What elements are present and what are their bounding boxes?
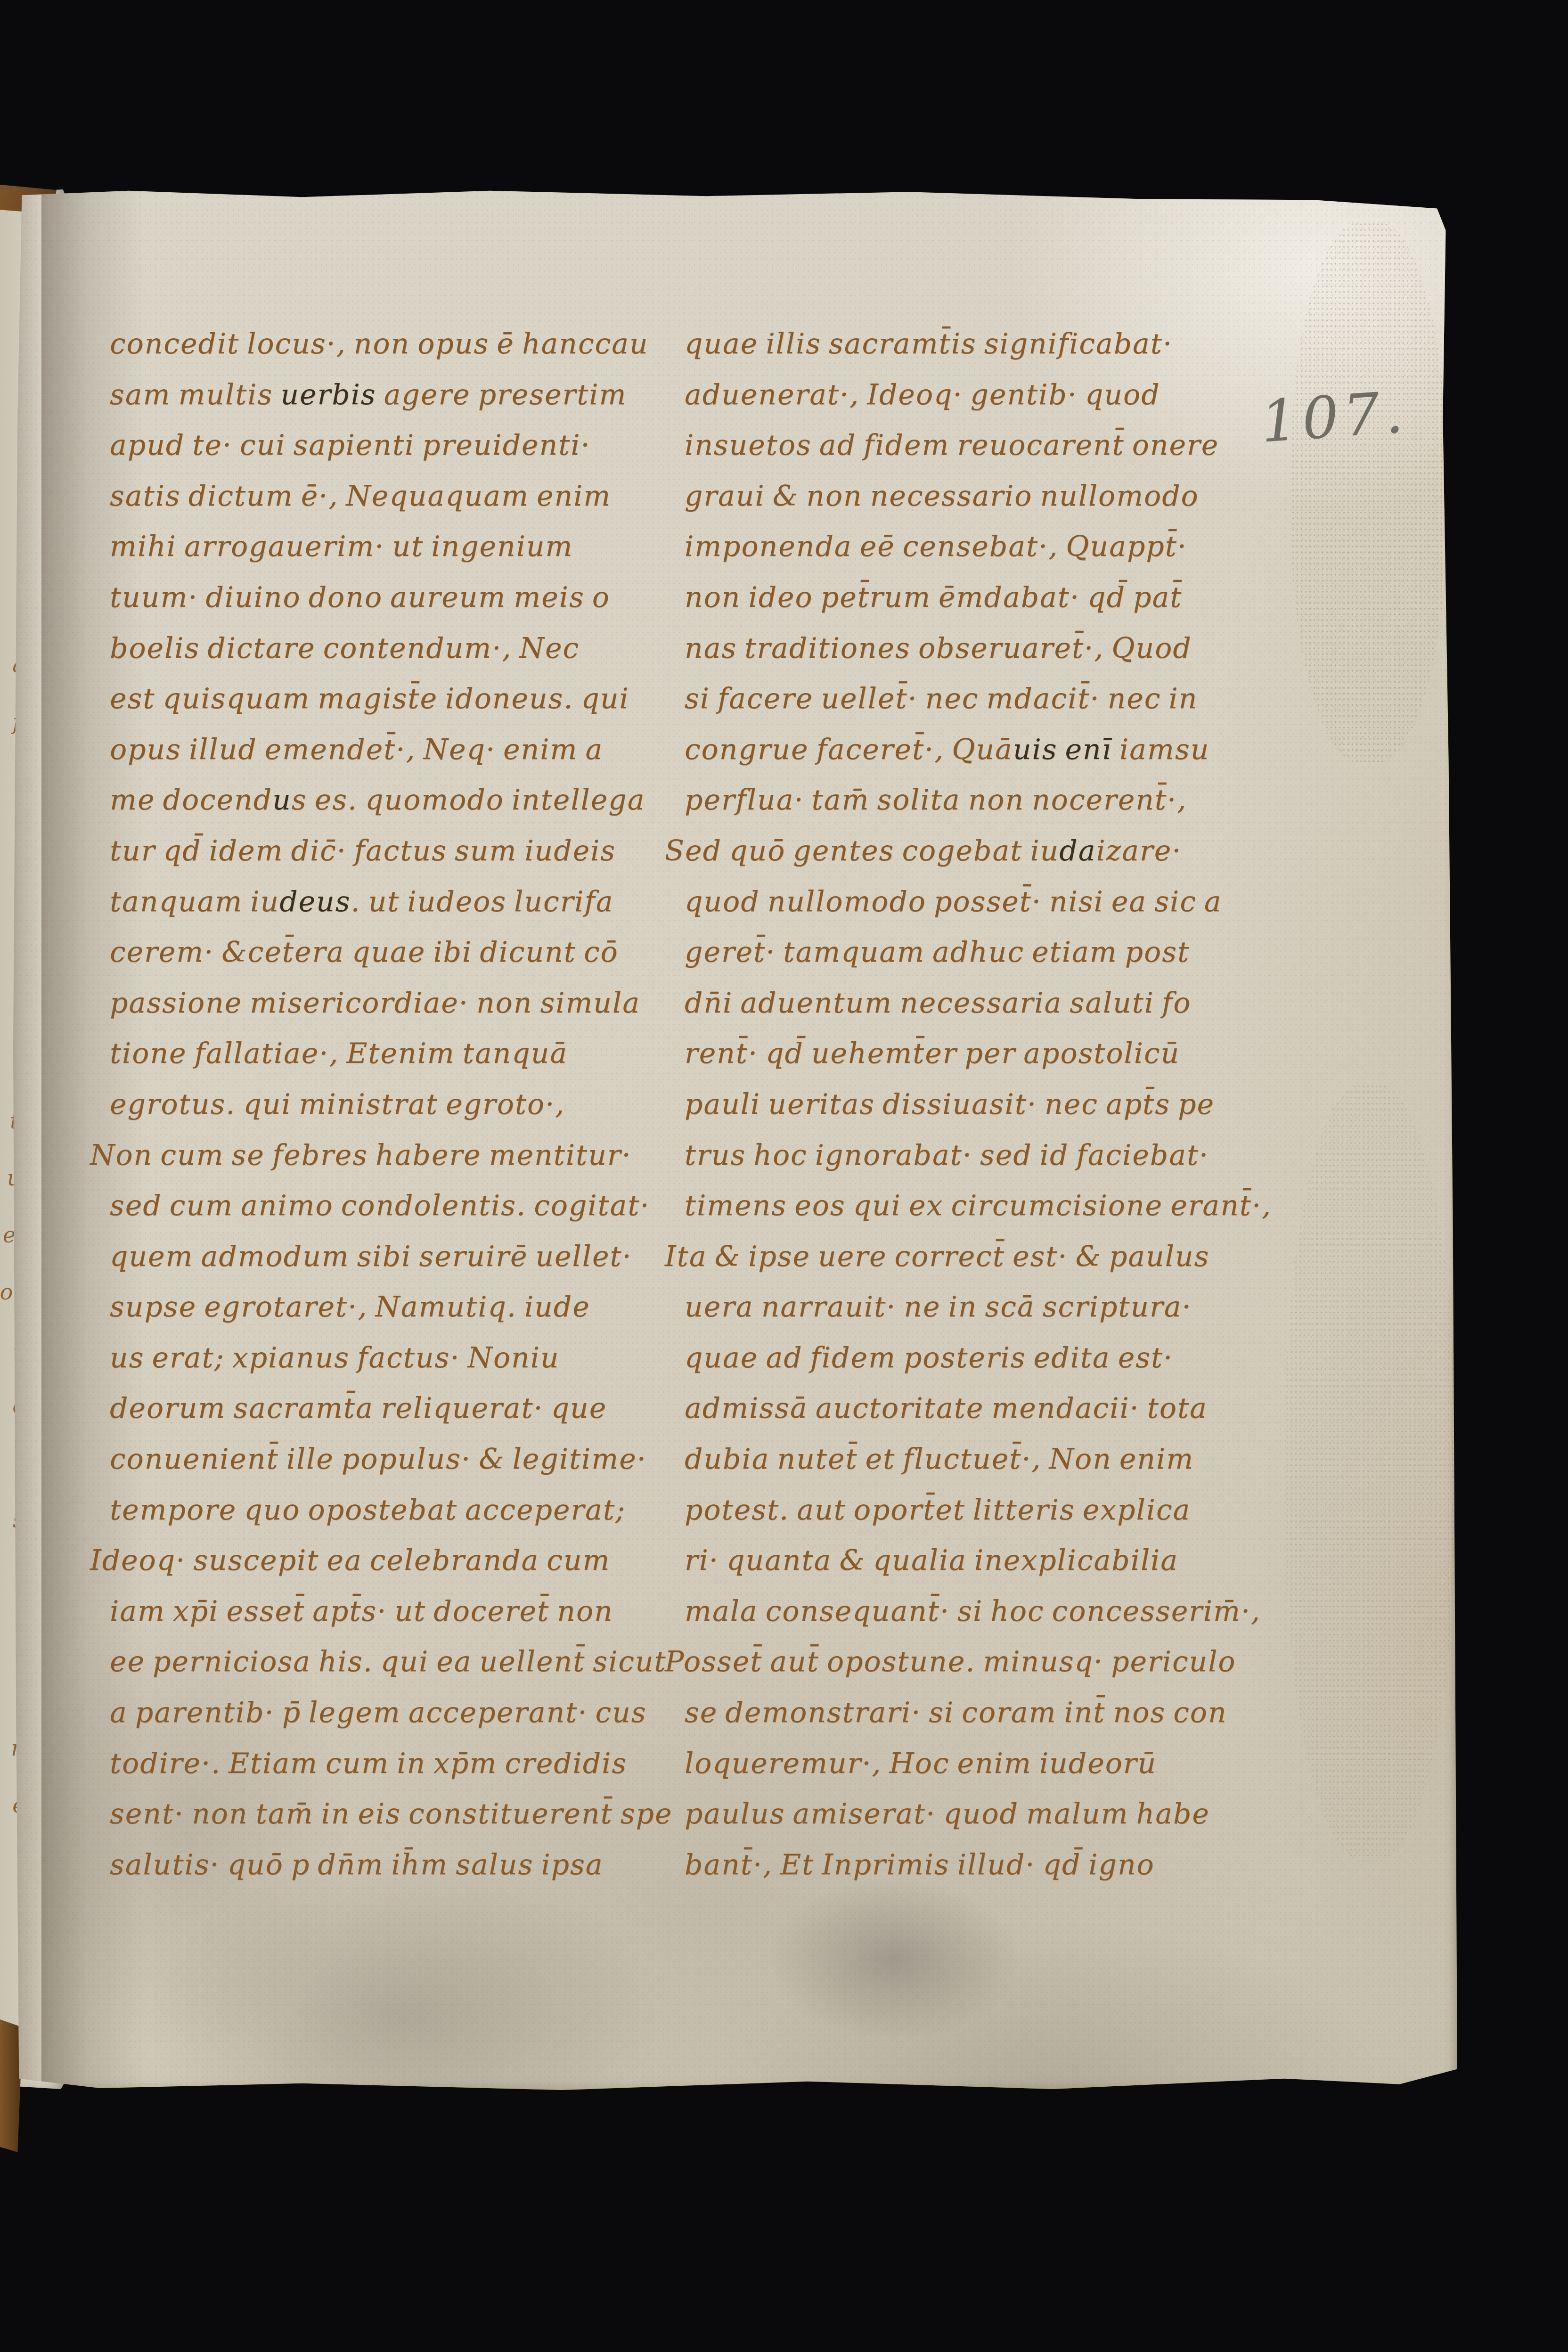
text-segment: opus illud emendet̄·, Neq· enim a	[110, 733, 603, 766]
text-segment: ri· quanta & qualia inexplicabilia	[685, 1544, 1178, 1577]
text-line: quae illis sacramt̄is significabat·	[685, 327, 1354, 378]
text-line: conuenient̄ ille populus· & legitime·	[110, 1443, 689, 1494]
text-segment: iamsu	[1112, 733, 1209, 766]
text-segment: sed cum animo condolentis. cogitat·	[110, 1189, 650, 1222]
text-line: opus illud emendet̄·, Neq· enim a	[110, 733, 689, 784]
manuscript-page: 107. concedit locus·, non opus ē hanccau…	[13, 188, 1457, 2092]
text-segment: si facere uellet̄· nec mdacit̄· nec in	[685, 682, 1198, 715]
text-line: uera narrauit· ne in scā scriptura·	[685, 1290, 1354, 1341]
text-segment: dubia nutet̄ et fluctuet̄·, Non enim	[685, 1443, 1194, 1476]
text-line: aduenerat·, Ideoq· gentib· quod	[685, 378, 1354, 429]
text-line: ee perniciosa his. qui ea uellent̄ sicut	[110, 1645, 689, 1696]
text-segment: insuetos ad fidem reuocarent̄ onere	[685, 429, 1219, 462]
text-segment: pauli ueritas dissiuasit· nec apt̄s pe	[685, 1088, 1215, 1121]
text-segment: congrue faceret̄·, Quā	[685, 733, 1013, 766]
text-line: insuetos ad fidem reuocarent̄ onere	[685, 429, 1354, 480]
text-line: me docendus es. quomodo intellega	[110, 784, 689, 834]
text-segment: cerem· &cet̄era quae ibi dicunt cō	[110, 936, 619, 969]
text-line: bant̄·, Et Inprimis illud· qd̄ igno	[685, 1848, 1354, 1899]
text-segment: ee perniciosa his. qui ea uellent̄ sicut	[110, 1645, 667, 1678]
text-line: cerem· &cet̄era quae ibi dicunt cō	[110, 936, 689, 987]
text-line: tur qd̄ idem dic̄· factus sum iudeis	[110, 834, 689, 885]
text-line: timens eos qui ex circumcisione erant̄·,	[685, 1189, 1354, 1240]
text-line: si facere uellet̄· nec mdacit̄· nec in	[685, 682, 1354, 733]
text-segment: loqueremur·, Hoc enim iudeorū	[685, 1747, 1157, 1780]
text-line: Non cum se febres habere mentitur·	[110, 1139, 689, 1190]
text-column-left: concedit locus·, non opus ē hanccausam m…	[110, 327, 689, 1899]
text-line: supse egrotaret·, Namutiq. iude	[110, 1290, 689, 1341]
text-segment: apud te· cui sapienti preuidenti·	[110, 429, 591, 462]
text-segment: aduenerat·, Ideoq· gentib· quod	[685, 378, 1160, 411]
text-segment: izare·	[1096, 834, 1182, 867]
text-line: boelis dictare contendum·, Nec	[110, 632, 689, 683]
text-segment: supse egrotaret·, Namutiq. iude	[110, 1290, 590, 1323]
text-line: est quisquam magist̄e idoneus. qui	[110, 682, 689, 733]
text-segment: quae ad fidem posteris edita est·	[685, 1341, 1173, 1374]
text-line: quod nullomodo posset̄· nisi ea sic a	[685, 885, 1354, 936]
text-line: iam xp̄i esset̄ apt̄s· ut doceret̄ non	[110, 1595, 689, 1646]
text-line: dubia nutet̄ et fluctuet̄·, Non enim	[685, 1443, 1354, 1494]
text-line: perflua· tam̄ solita non nocerent̄·,	[685, 784, 1354, 834]
text-line: Ideoq· suscepit ea celebranda cum	[110, 1544, 689, 1595]
text-segment: quod nullomodo posset̄· nisi ea sic a	[685, 885, 1222, 918]
text-line: congrue faceret̄·, Quāuis enī iamsu	[685, 733, 1354, 784]
text-segment: se demonstrari· si coram int̄ nos con	[685, 1696, 1227, 1729]
text-segment: s es. quomodo intellega	[292, 784, 645, 817]
text-line: ri· quanta & qualia inexplicabilia	[685, 1544, 1354, 1595]
text-segment: boelis dictare contendum·, Nec	[110, 632, 580, 665]
text-segment: me docend	[110, 784, 272, 817]
text-segment: Posset̄ aut̄ opostune. minusq· periculo	[665, 1645, 1236, 1678]
text-line: rent̄· qd̄ uehemt̄er per apostolicū	[685, 1037, 1354, 1088]
text-line: sed cum animo condolentis. cogitat·	[110, 1189, 689, 1240]
text-segment: sent· non tam̄ in eis constituerent̄ spe	[110, 1797, 672, 1830]
dark-ink-segment: deus	[279, 885, 351, 918]
text-line: quae ad fidem posteris edita est·	[685, 1341, 1354, 1392]
text-line: dn̄i aduentum necessaria saluti fo	[685, 987, 1354, 1037]
text-segment: uera narrauit· ne in scā scriptura·	[685, 1290, 1192, 1323]
text-segment: deorum sacramt̄a reliquerat· que	[110, 1392, 607, 1425]
text-segment: passione misericordiae· non simula	[110, 987, 640, 1020]
text-line: tempore quo opostebat acceperat;	[110, 1494, 689, 1544]
text-segment: sam multis	[110, 378, 280, 411]
dark-ink-segment: uerbis	[280, 378, 376, 411]
text-segment: iam xp̄i esset̄ apt̄s· ut doceret̄ non	[110, 1595, 613, 1628]
text-segment: concedit locus·, non opus ē hanccau	[110, 327, 649, 360]
text-segment: graui & non necessario nullomodo	[685, 480, 1199, 513]
text-segment: geret̄· tamquam adhuc etiam post	[685, 936, 1190, 969]
text-line: pauli ueritas dissiuasit· nec apt̄s pe	[685, 1088, 1354, 1139]
text-segment: dn̄i aduentum necessaria saluti fo	[685, 987, 1191, 1020]
text-line: mala consequant̄· si hoc concesserim̄·,	[685, 1595, 1354, 1646]
text-line: egrotus. qui ministrat egroto·,	[110, 1088, 689, 1139]
text-segment: rent̄· qd̄ uehemt̄er per apostolicū	[685, 1037, 1180, 1070]
text-line: sam multis uerbis agere presertim	[110, 378, 689, 429]
text-segment: nas traditiones obseruaret̄·, Quod	[685, 632, 1192, 665]
text-segment: us erat; xpianus factus· Noniu	[110, 1341, 560, 1374]
text-segment: potest. aut oport̄et litteris explica	[685, 1494, 1191, 1527]
text-segment: egrotus. qui ministrat egroto·,	[110, 1088, 565, 1121]
text-line: satis dictum ē·, Nequaquam enim	[110, 480, 689, 531]
text-segment: perflua· tam̄ solita non nocerent̄·,	[685, 784, 1187, 817]
text-line: Sed quō gentes cogebat iudaizare·	[685, 834, 1354, 885]
text-line: se demonstrari· si coram int̄ nos con	[685, 1696, 1354, 1747]
text-segment: tanquam iu	[110, 885, 279, 918]
text-line: apud te· cui sapienti preuidenti·	[110, 429, 689, 480]
text-segment: tuum· diuino dono aureum meis o	[110, 581, 610, 614]
dark-ink-segment: u	[272, 784, 292, 817]
text-segment: Ideoq· suscepit ea celebranda cum	[90, 1544, 610, 1577]
text-line: deorum sacramt̄a reliquerat· que	[110, 1392, 689, 1443]
text-segment: satis dictum ē·, Nequaquam enim	[110, 480, 611, 513]
text-segment: bant̄·, Et Inprimis illud· qd̄ igno	[685, 1848, 1155, 1881]
manuscript-photo: { "page": { "folio_number": "107.", "col…	[0, 0, 1568, 2352]
text-segment: tione fallatiae·, Etenim tanquā	[110, 1037, 568, 1070]
text-segment: Ita & ipse uere correct̄ est· & paulus	[665, 1240, 1209, 1273]
text-line: tanquam iudeus. ut iudeos lucrifa	[110, 885, 689, 936]
text-segment: tempore quo opostebat acceperat;	[110, 1494, 626, 1527]
text-segment: quem admodum sibi seruirē uellet·	[110, 1240, 632, 1273]
dark-ink-segment: uis enī	[1013, 733, 1112, 766]
text-line: todire·. Etiam cum in xp̄m credidis	[110, 1747, 689, 1798]
text-segment: salutis· quō p dn̄m ih̄m salus ipsa	[110, 1848, 604, 1881]
text-segment: mihi arrogauerim· ut ingenium	[110, 530, 573, 563]
text-segment: admissā auctoritate mendacii· tota	[685, 1392, 1208, 1425]
text-line: mihi arrogauerim· ut ingenium	[110, 530, 689, 581]
text-line: potest. aut oport̄et litteris explica	[685, 1494, 1354, 1544]
text-line: loqueremur·, Hoc enim iudeorū	[685, 1747, 1354, 1798]
text-line: admissā auctoritate mendacii· tota	[685, 1392, 1354, 1443]
text-line: paulus amiserat· quod malum habe	[685, 1797, 1354, 1848]
text-segment: mala consequant̄· si hoc concesserim̄·,	[685, 1595, 1261, 1628]
text-line: passione misericordiae· non simula	[110, 987, 689, 1037]
text-segment: imponenda eē censebat·, Quappt̄·	[685, 530, 1187, 563]
text-segment: todire·. Etiam cum in xp̄m credidis	[110, 1747, 627, 1780]
text-line: quem admodum sibi seruirē uellet·	[110, 1240, 689, 1291]
text-line: concedit locus·, non opus ē hanccau	[110, 327, 689, 378]
text-line: non ideo pet̄rum ēmdabat· qd̄ pat̄	[685, 581, 1354, 632]
dark-ink-segment: da	[1059, 834, 1096, 867]
text-segment: . ut iudeos lucrifa	[351, 885, 614, 918]
text-segment: Sed quō gentes cogebat iu	[665, 834, 1059, 867]
text-line: a parentib· p̄ legem acceperant· cus	[110, 1696, 689, 1747]
text-segment: non ideo pet̄rum ēmdabat· qd̄ pat̄	[685, 581, 1182, 614]
text-line: sent· non tam̄ in eis constituerent̄ spe	[110, 1797, 689, 1848]
text-line: graui & non necessario nullomodo	[685, 480, 1354, 531]
text-line: salutis· quō p dn̄m ih̄m salus ipsa	[110, 1848, 689, 1899]
text-segment: conuenient̄ ille populus· & legitime·	[110, 1443, 647, 1476]
text-segment: est quisquam magist̄e idoneus. qui	[110, 682, 629, 715]
text-line: tione fallatiae·, Etenim tanquā	[110, 1037, 689, 1088]
text-line: tuum· diuino dono aureum meis o	[110, 581, 689, 632]
text-line: nas traditiones obseruaret̄·, Quod	[685, 632, 1354, 683]
text-line: trus hoc ignorabat· sed id faciebat·	[685, 1139, 1354, 1190]
text-segment: agere presertim	[376, 378, 627, 411]
text-line: Posset̄ aut̄ opostune. minusq· periculo	[685, 1645, 1354, 1696]
text-segment: quae illis sacramt̄is significabat·	[685, 327, 1173, 360]
text-segment: paulus amiserat· quod malum habe	[685, 1797, 1210, 1830]
text-segment: tur qd̄ idem dic̄· factus sum iudeis	[110, 834, 616, 867]
text-column-right: quae illis sacramt̄is significabat·aduen…	[685, 327, 1354, 1899]
text-line: us erat; xpianus factus· Noniu	[110, 1341, 689, 1392]
text-segment: Non cum se febres habere mentitur·	[90, 1139, 632, 1172]
text-segment: timens eos qui ex circumcisione erant̄·,	[685, 1189, 1272, 1222]
text-segment: trus hoc ignorabat· sed id faciebat·	[685, 1139, 1209, 1172]
text-line: geret̄· tamquam adhuc etiam post	[685, 936, 1354, 987]
text-line: Ita & ipse uere correct̄ est· & paulus	[685, 1240, 1354, 1291]
text-segment: a parentib· p̄ legem acceperant· cus	[110, 1696, 647, 1729]
text-line: imponenda eē censebat·, Quappt̄·	[685, 530, 1354, 581]
